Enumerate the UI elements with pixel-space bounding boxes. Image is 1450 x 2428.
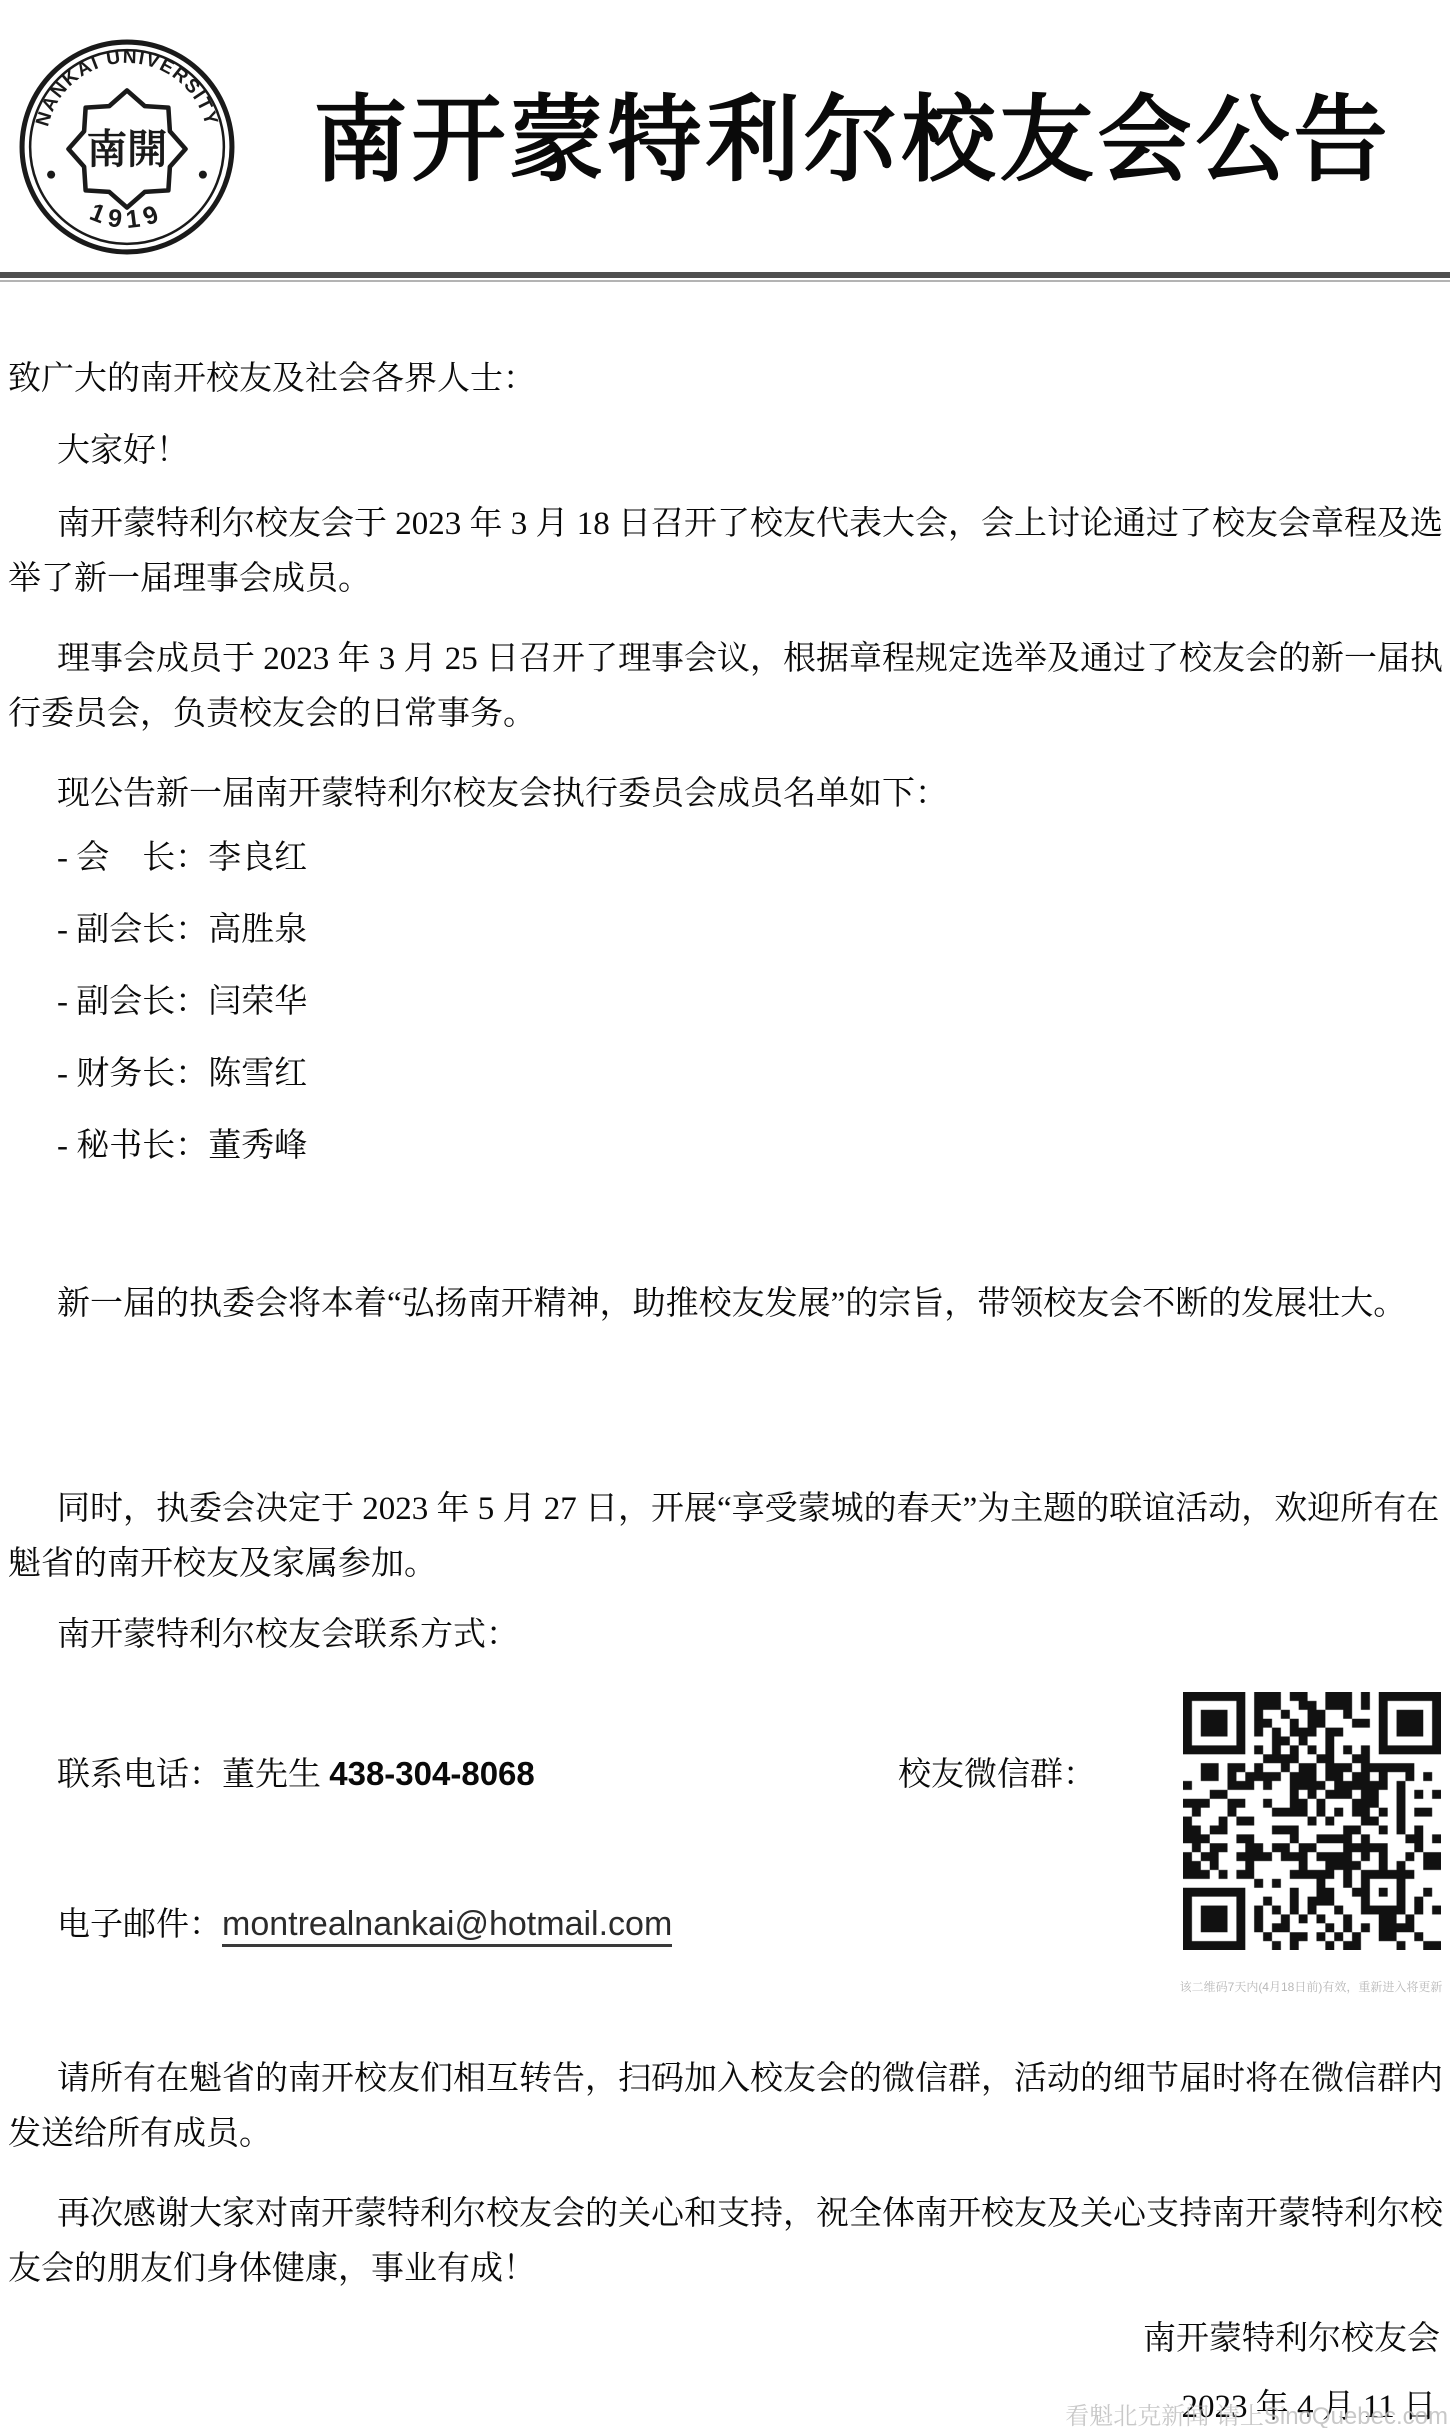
paragraph-mission: 新一届的执委会将本着“弘扬南开精神，助推校友发展”的宗旨，带领校友会不断的发展壮… bbox=[8, 1277, 1445, 1332]
member-treasurer: - 财务长：陈雪红 bbox=[57, 1054, 307, 1094]
svg-text:1919: 1919 bbox=[86, 198, 168, 234]
header-divider-shadow bbox=[0, 280, 1450, 282]
wechat-group-label: 校友微信群： bbox=[898, 1748, 1096, 1795]
seal-year-text: 1919 bbox=[86, 198, 168, 234]
email-link[interactable]: montrealnankai@hotmail.com bbox=[222, 1905, 672, 1947]
paragraph-event: 同时，执委会决定于 2023 年 5 月 27 日，开展“享受蒙城的春天”为主题… bbox=[8, 1482, 1445, 1592]
wechat-qr-code bbox=[1183, 1692, 1441, 1950]
seal-left-dot bbox=[47, 171, 55, 179]
page-title: 南开蒙特利尔校友会公告 bbox=[260, 94, 1445, 188]
seal-arc-text: NANKAI UNIVERSITY bbox=[32, 47, 221, 129]
header-divider bbox=[0, 272, 1450, 278]
email-label: 电子邮件： bbox=[57, 1907, 222, 1943]
phone-row: 联系电话：董先生 438-304-8068 bbox=[57, 1748, 535, 1795]
member-secretary: - 秘书长：董秀峰 bbox=[57, 1126, 307, 1166]
paragraph-announce-list: 现公告新一届南开蒙特利尔校友会执行委员会成员名单如下： bbox=[8, 767, 1445, 822]
member-president: - 会 长：李良红 bbox=[57, 838, 307, 878]
email-row: 电子邮件：montrealnankai@hotmail.com bbox=[57, 1898, 672, 1945]
nankai-university-seal: NANKAI UNIVERSITY 1919 南開 bbox=[16, 36, 238, 258]
contact-heading: 南开蒙特利尔校友会联系方式： bbox=[8, 1608, 1445, 1663]
svg-text:NANKAI UNIVERSITY: NANKAI UNIVERSITY bbox=[32, 47, 221, 129]
watermark: 看魁北克新闻 请上SinoQuebec.com bbox=[1065, 2396, 1448, 2428]
paragraph-congress: 南开蒙特利尔校友会于 2023 年 3 月 18 日召开了校友代表大会，会上讨论… bbox=[8, 497, 1445, 607]
signature: 南开蒙特利尔校友会 bbox=[1143, 2312, 1440, 2359]
greeting: 大家好！ bbox=[8, 424, 1445, 479]
member-vice-president-1: - 副会长：高胜泉 bbox=[57, 910, 307, 950]
announcement-page: NANKAI UNIVERSITY 1919 南開 南开蒙特利尔校友会公告 致广… bbox=[0, 0, 1450, 2428]
paragraph-council: 理事会成员于 2023 年 3 月 25 日召开了理事会议，根据章程规定选举及通… bbox=[8, 632, 1445, 742]
seal-center-characters: 南開 bbox=[87, 127, 168, 172]
paragraph-thanks: 再次感谢大家对南开蒙特利尔校友会的关心和支持，祝全体南开校友及关心支持南开蒙特利… bbox=[8, 2187, 1445, 2297]
phone-number: 438-304-8068 bbox=[329, 1755, 535, 1792]
seal-right-dot bbox=[199, 171, 207, 179]
member-vice-president-2: - 副会长：闫荣华 bbox=[57, 982, 307, 1022]
paragraph-share-notice: 请所有在魁省的南开校友们相互转告，扫码加入校友会的微信群，活动的细节届时将在微信… bbox=[8, 2052, 1445, 2162]
qr-validity-caption: 该二维码7天内(4月18日前)有效，重新进入将更新 bbox=[1172, 1978, 1450, 1995]
phone-label: 联系电话：董先生 bbox=[57, 1757, 329, 1793]
salutation: 致广大的南开校友及社会各界人士： bbox=[8, 352, 1445, 407]
